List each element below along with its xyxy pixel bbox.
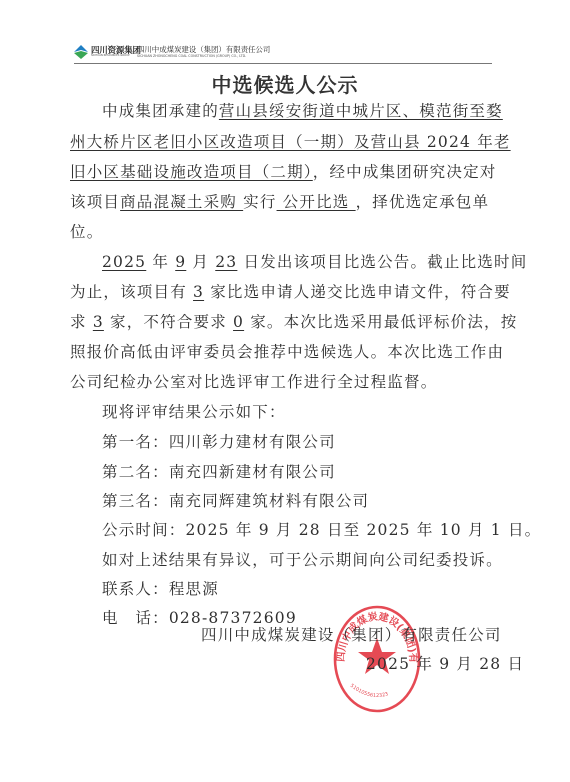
signature-company: 四川中成煤炭建设（集团）有限责任公司 [201,623,502,645]
svg-text:5101055612323: 5101055612323 [349,683,389,699]
para1-line2: 州大桥片区老旧小区改造项目（一期）及营山县 2024 年老 [70,130,511,152]
project-name-part2: 州大桥片区老旧小区改造项目（一期）及营山县 2024 年老 [70,133,511,151]
applicant-count: 3 [193,283,204,301]
text: 实行 [243,193,276,211]
group-logo-icon [74,45,88,59]
results-intro: 现将评审结果公示如下： [102,400,286,422]
company-name-en: SICHUAN ZHONGCHENG COAL CONSTRUCTION (GR… [137,54,246,58]
qualified-count: 3 [93,313,104,331]
rank-label: 第二名： [102,463,169,481]
unqualified-count: 0 [233,313,244,331]
para2-line3: 求 3 家，不符合要求 0 家。本次比选采用最低评标价法，按 [70,310,517,332]
publicity-period: 公示时间：2025 年 9 月 28 日至 2025 年 10 月 1 日。 [102,518,541,540]
text: 家。本次比选采用最低评标价法，按 [244,313,517,331]
announce-month: 9 [175,253,186,271]
project-name-part3: 旧小区基础设施改造项目（二期） [70,163,313,181]
para1-line5: 位。 [70,220,103,242]
para2-line1: 2025 年 9 月 23 日发出该项目比选公告。截止比选时间 [102,250,527,272]
ranking-3: 第三名：南充同辉建筑材料有限公司 [102,489,369,511]
text: 家，不符合要求 [104,313,233,331]
letterhead: 四川资源集团 SICHUAN RESOURCES GROUP 四川中成煤炭建设（… [74,43,492,65]
para1-line3: 旧小区基础设施改造项目（二期），经中成集团研究决定对 [70,160,496,182]
ranking-1: 第一名：四川彰力建材有限公司 [102,430,336,452]
rank-company: 南充四新建材有限公司 [169,463,336,481]
text: 日发出该项目比选公告。截止比选时间 [237,253,527,271]
header-divider [74,63,492,64]
text: 该项目 [70,193,120,211]
contact-name: 程思源 [169,580,219,598]
contact-label: 联系人： [102,580,169,598]
text: 求 [70,313,93,331]
text: 月 [186,253,215,271]
announce-day: 23 [215,253,237,271]
text: 中成集团承建的 [102,102,219,120]
text: 年 [146,253,175,271]
para2-line5: 公司纪检办公室对比选评审工作进行全过程监督。 [70,370,437,392]
announce-year: 2025 [102,253,146,271]
para1-line1: 中成集团承建的营山县绥安街道中城片区、模范街至婺 [102,99,503,121]
para1-line4: 该项目商品混凝土采购 实行 公开比选 ，择优选定承包单 [70,190,489,212]
rank-label: 第一名： [102,433,169,451]
text: 家比选申请人递交比选申请文件，符合要 [204,283,511,301]
rank-label: 第三名： [102,492,169,510]
text: ，择优选定承包单 [356,193,490,211]
signature-date: 2025 年 9 月 28 日 [366,652,524,674]
objection-note: 如对上述结果有异议，可于公示期间向公司纪委投诉。 [102,548,503,570]
rank-company: 四川彰力建材有限公司 [169,433,336,451]
project-name-part1: 营山县绥安街道中城片区、模范街至婺 [219,102,503,120]
rank-company: 南充同辉建筑材料有限公司 [169,492,369,510]
para2-line4: 照报价高低由评审委员会推荐中选候选人。本次比选工作由 [70,340,504,362]
contact: 联系人：程思源 [102,577,219,599]
phone-label: 电 话： [102,609,169,627]
page-title: 中选候选人公示 [0,69,570,98]
text: 为止，该项目有 [70,283,193,301]
selection-method: 公开比选 [277,193,356,211]
ranking-2: 第二名：南充四新建材有限公司 [102,460,336,482]
text: ，经中成集团研究决定对 [313,163,497,181]
procurement-item: 商品混凝土采购 [120,193,243,211]
group-name-en: SICHUAN RESOURCES GROUP [91,54,130,57]
para2-line2: 为止，该项目有 3 家比选申请人递交比选申请文件，符合要 [70,280,511,302]
